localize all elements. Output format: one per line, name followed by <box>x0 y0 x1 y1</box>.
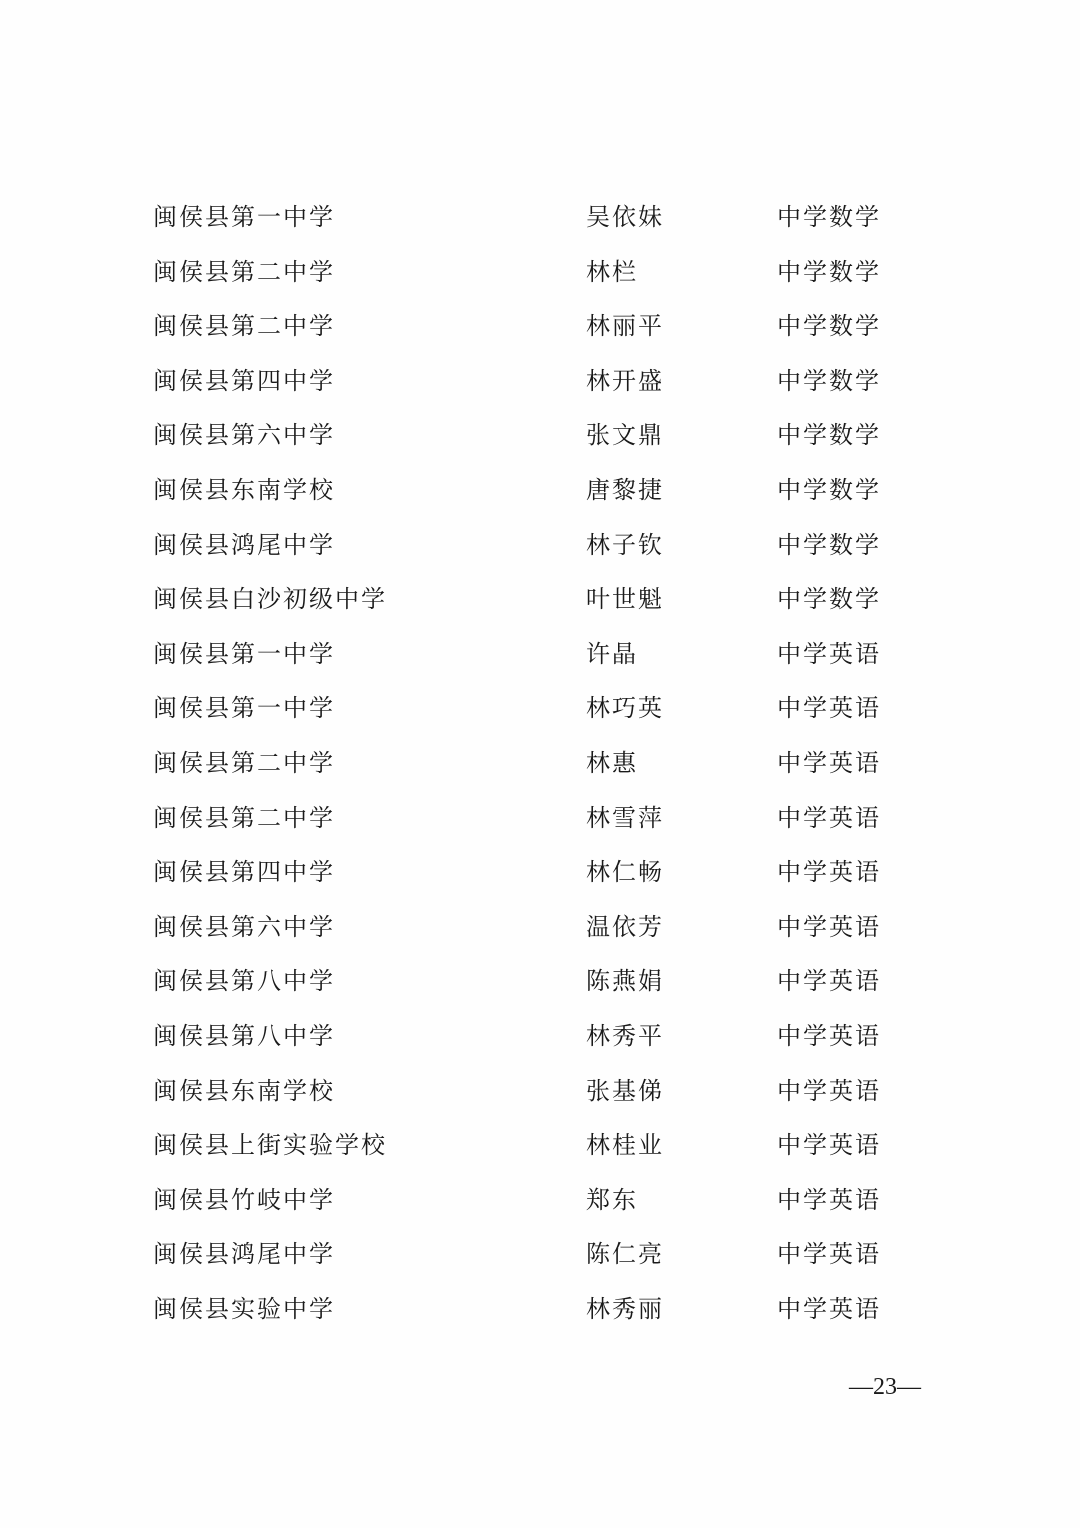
list-row: 闽侯县第一中学 吴依妹 中学数学 <box>153 195 913 250</box>
subject: 中学英语 <box>777 741 881 785</box>
school-name: 闽侯县第二中学 <box>153 304 335 348</box>
subject: 中学英语 <box>777 905 881 949</box>
teacher-name: 叶世魁 <box>586 577 664 621</box>
list-row: 闽侯县第四中学 林开盛 中学数学 <box>153 359 913 414</box>
school-name: 闽侯县第二中学 <box>153 741 335 785</box>
school-name: 闽侯县第六中学 <box>153 905 335 949</box>
page-number: —23— <box>849 1374 921 1401</box>
teacher-name: 张文鼎 <box>586 413 664 457</box>
teacher-name: 温依芳 <box>586 905 664 949</box>
list-row: 闽侯县第二中学 林栏 中学数学 <box>153 250 913 305</box>
list-row: 闽侯县第一中学 林巧英 中学英语 <box>153 686 913 741</box>
list-row: 闽侯县鸿尾中学 陈仁亮 中学英语 <box>153 1232 913 1287</box>
teacher-name: 林雪萍 <box>586 796 664 840</box>
teacher-name: 吴依妹 <box>586 195 664 239</box>
document-page: 闽侯县第一中学 吴依妹 中学数学 闽侯县第二中学 林栏 中学数学 闽侯县第二中学… <box>0 0 1080 1528</box>
list-row: 闽侯县第六中学 温依芳 中学英语 <box>153 905 913 960</box>
list-row: 闽侯县第二中学 林丽平 中学数学 <box>153 304 913 359</box>
list-row: 闽侯县第八中学 林秀平 中学英语 <box>153 1014 913 1069</box>
list-row: 闽侯县第二中学 林惠 中学英语 <box>153 741 913 796</box>
teacher-name: 林秀丽 <box>586 1287 664 1331</box>
school-name: 闽侯县第四中学 <box>153 850 335 894</box>
teacher-name: 林子钦 <box>586 523 664 567</box>
teacher-name: 林巧英 <box>586 686 664 730</box>
teacher-name: 陈仁亮 <box>586 1232 664 1276</box>
teacher-name: 许晶 <box>586 632 638 676</box>
subject: 中学数学 <box>777 413 881 457</box>
subject: 中学英语 <box>777 959 881 1003</box>
school-name: 闽侯县第八中学 <box>153 1014 335 1058</box>
teacher-name: 林惠 <box>586 741 638 785</box>
subject: 中学英语 <box>777 632 881 676</box>
subject: 中学英语 <box>777 1069 881 1113</box>
list-row: 闽侯县第六中学 张文鼎 中学数学 <box>153 413 913 468</box>
school-name: 闽侯县鸿尾中学 <box>153 1232 335 1276</box>
teacher-name: 郑东 <box>586 1178 638 1222</box>
school-name: 闽侯县第四中学 <box>153 359 335 403</box>
teacher-name: 林秀平 <box>586 1014 664 1058</box>
school-name: 闽侯县上街实验学校 <box>153 1123 387 1167</box>
subject: 中学英语 <box>777 1014 881 1058</box>
subject: 中学英语 <box>777 850 881 894</box>
school-name: 闽侯县第一中学 <box>153 195 335 239</box>
list-row: 闽侯县竹岐中学 郑东 中学英语 <box>153 1178 913 1233</box>
list-row: 闽侯县第八中学 陈燕娟 中学英语 <box>153 959 913 1014</box>
teacher-name: 陈燕娟 <box>586 959 664 1003</box>
teacher-name: 林栏 <box>586 250 638 294</box>
teacher-name: 张基俤 <box>586 1069 664 1113</box>
subject: 中学英语 <box>777 686 881 730</box>
school-name: 闽侯县第二中学 <box>153 250 335 294</box>
subject: 中学英语 <box>777 796 881 840</box>
subject: 中学数学 <box>777 304 881 348</box>
subject: 中学英语 <box>777 1123 881 1167</box>
school-name: 闽侯县第一中学 <box>153 632 335 676</box>
subject: 中学英语 <box>777 1287 881 1331</box>
subject: 中学英语 <box>777 1178 881 1222</box>
school-name: 闽侯县第六中学 <box>153 413 335 457</box>
school-name: 闽侯县实验中学 <box>153 1287 335 1331</box>
list-row: 闽侯县上街实验学校 林桂业 中学英语 <box>153 1123 913 1178</box>
list-row: 闽侯县第一中学 许晶 中学英语 <box>153 632 913 687</box>
list-row: 闽侯县东南学校 唐黎捷 中学数学 <box>153 468 913 523</box>
subject: 中学英语 <box>777 1232 881 1276</box>
teacher-name: 林丽平 <box>586 304 664 348</box>
subject: 中学数学 <box>777 195 881 239</box>
subject: 中学数学 <box>777 468 881 512</box>
teacher-name: 唐黎捷 <box>586 468 664 512</box>
teacher-name: 林桂业 <box>586 1123 664 1167</box>
school-name: 闽侯县鸿尾中学 <box>153 523 335 567</box>
list-row: 闽侯县鸿尾中学 林子钦 中学数学 <box>153 523 913 578</box>
list-row: 闽侯县白沙初级中学 叶世魁 中学数学 <box>153 577 913 632</box>
list-row: 闽侯县东南学校 张基俤 中学英语 <box>153 1069 913 1124</box>
school-name: 闽侯县东南学校 <box>153 1069 335 1113</box>
subject: 中学数学 <box>777 359 881 403</box>
school-name: 闽侯县第一中学 <box>153 686 335 730</box>
school-name: 闽侯县第八中学 <box>153 959 335 1003</box>
teacher-name: 林仁畅 <box>586 850 664 894</box>
list-row: 闽侯县第二中学 林雪萍 中学英语 <box>153 796 913 851</box>
subject: 中学数学 <box>777 577 881 621</box>
school-name: 闽侯县第二中学 <box>153 796 335 840</box>
subject: 中学数学 <box>777 523 881 567</box>
school-name: 闽侯县东南学校 <box>153 468 335 512</box>
subject: 中学数学 <box>777 250 881 294</box>
school-name: 闽侯县白沙初级中学 <box>153 577 387 621</box>
list-row: 闽侯县第四中学 林仁畅 中学英语 <box>153 850 913 905</box>
list-row: 闽侯县实验中学 林秀丽 中学英语 <box>153 1287 913 1342</box>
school-name: 闽侯县竹岐中学 <box>153 1178 335 1222</box>
teacher-name: 林开盛 <box>586 359 664 403</box>
teacher-list: 闽侯县第一中学 吴依妹 中学数学 闽侯县第二中学 林栏 中学数学 闽侯县第二中学… <box>153 195 913 1341</box>
